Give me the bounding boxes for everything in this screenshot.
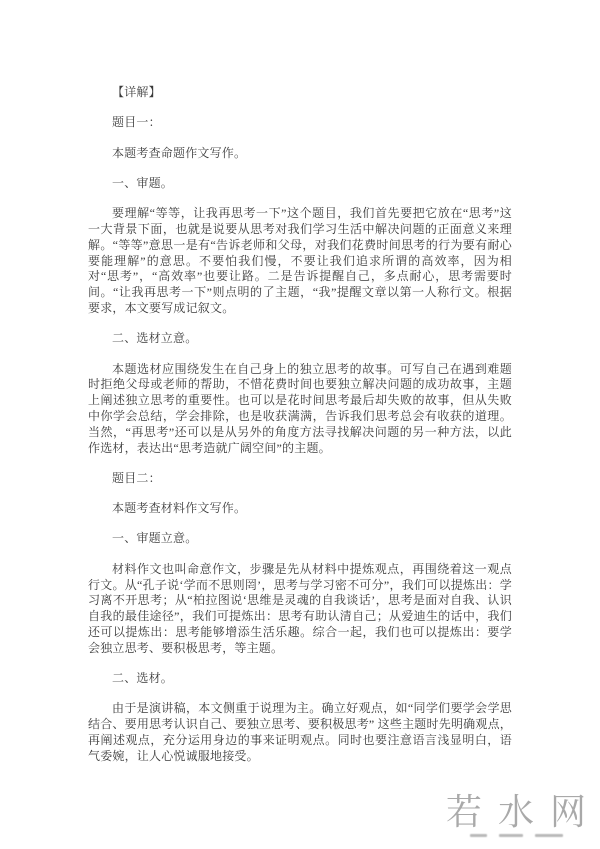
- watermark-subtext-segment: [499, 834, 523, 837]
- answer-explanation-body: 【详解】 题目一： 本题考查命题作文写作。 一、审题。 要理解“等等，让我再思考…: [88, 85, 512, 779]
- document-page: 【详解】 题目一： 本题考查命题作文写作。 一、审题。 要理解“等等，让我再思考…: [0, 0, 600, 849]
- heading-topic-one: 题目一：: [88, 115, 512, 131]
- paragraph-material-intent: 本题选材应围绕发生在自己身上的独立思考的故事。可写自己在遇到难题时拒绝父母或老师…: [88, 362, 512, 457]
- heading-material-select: 二、选材。: [88, 671, 512, 687]
- watermark-subtext-segment: [470, 834, 487, 837]
- heading-topic-two: 题目二：: [88, 471, 512, 487]
- watermark-logo-text: 若水网: [438, 792, 600, 832]
- heading-review-intent: 一、审题立意。: [88, 531, 512, 547]
- detail-label: 【详解】: [88, 85, 512, 101]
- heading-material-intent: 二、选材立意。: [88, 331, 512, 347]
- paragraph-material-select: 由于是演讲稿，本文侧重于说理为主。确立好观点，如“同学们要学会学思结合、要用思考…: [88, 701, 512, 764]
- text-exam-type-two: 本题考查材料作文写作。: [88, 501, 512, 517]
- paragraph-review-intent: 材料作文也叫命意作文，步骤是先从材料中提炼观点，再围绕着这一观点行文。从“孔子说…: [88, 562, 512, 657]
- watermark-subtext-segment: [535, 834, 563, 837]
- watermark: 若水网: [438, 792, 594, 837]
- heading-topic-review: 一、审题。: [88, 176, 512, 192]
- watermark-subtext: [438, 834, 594, 837]
- text-exam-type-one: 本题考查命题作文写作。: [88, 146, 512, 162]
- paragraph-topic-review: 要理解“等等，让我再思考一下”这个题目，我们首先要把它放在“思考”这一大背景下面…: [88, 206, 512, 317]
